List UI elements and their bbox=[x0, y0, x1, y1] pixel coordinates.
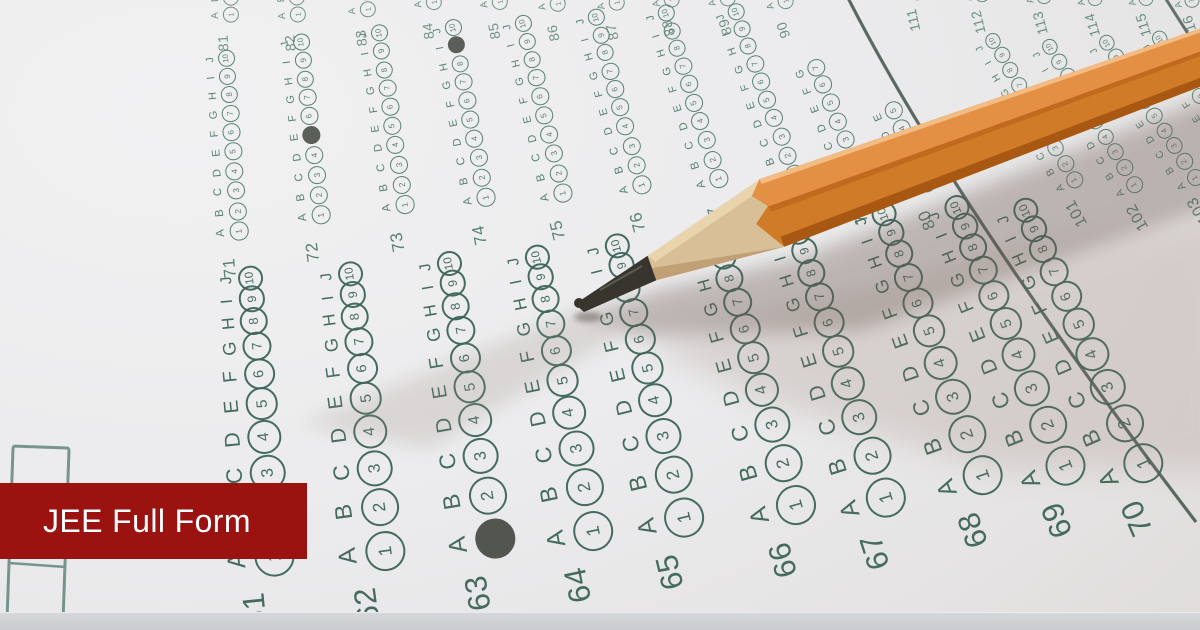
option-letter: H bbox=[421, 303, 440, 318]
option-letter: H bbox=[1010, 250, 1031, 268]
option-letter: F bbox=[706, 328, 728, 344]
option-letter: F bbox=[518, 349, 539, 364]
banner-label: JEE Full Form bbox=[43, 505, 251, 537]
option-letter: J bbox=[1032, 50, 1043, 59]
option-bubble-number: 7 bbox=[304, 95, 313, 100]
option-letter: B bbox=[1105, 171, 1117, 182]
option-letter: G bbox=[1018, 273, 1040, 293]
question-number: 83 bbox=[352, 29, 370, 47]
answer-option: C3 bbox=[213, 181, 246, 202]
option-bubble-number: 7 bbox=[249, 342, 263, 351]
option-bubble-number: 5 bbox=[639, 363, 656, 375]
option-bubble-filled: 9 bbox=[447, 35, 467, 55]
option-bubble: 2 bbox=[222, 0, 239, 6]
option-letter: I bbox=[984, 59, 994, 66]
option-bubble-filled: 5 bbox=[302, 126, 322, 146]
option-bubble-number: 10 bbox=[949, 199, 965, 215]
option-letter: J bbox=[975, 44, 986, 53]
question-number: 81 bbox=[214, 34, 231, 52]
answer-option: A1 bbox=[479, 0, 510, 14]
option-bubble-number: 1 bbox=[235, 229, 244, 235]
option-bubble: 4 bbox=[246, 418, 283, 455]
option-bubble-number: 5 bbox=[616, 104, 625, 111]
option-bubble: 1 bbox=[359, 0, 377, 18]
option-letter: B bbox=[535, 172, 548, 182]
option-bubble-number: 2 bbox=[1115, 415, 1135, 431]
option-bubble-number: 1 bbox=[856, 174, 866, 182]
option-letter: J bbox=[1194, 38, 1200, 47]
option-letter: I bbox=[435, 46, 446, 51]
option-bubble-number: 1 bbox=[876, 490, 897, 505]
option-bubble-number: 8 bbox=[225, 92, 233, 97]
option-bubble: 1 bbox=[394, 194, 415, 215]
option-letter: J bbox=[205, 56, 216, 62]
option-bubble: 2 bbox=[562, 465, 607, 510]
option-letter: A bbox=[1054, 182, 1067, 193]
answer-option: A1 bbox=[595, 0, 626, 16]
option-letter: C bbox=[531, 152, 544, 163]
option-letter: F bbox=[1126, 103, 1138, 113]
option-letter: H bbox=[1106, 74, 1118, 85]
option-bubble: 1 bbox=[311, 205, 332, 226]
option-letter: D bbox=[292, 153, 304, 162]
option-bubble-number: 6 bbox=[463, 97, 472, 103]
option-letter: H bbox=[592, 286, 612, 302]
option-bubble-number: 9 bbox=[446, 279, 459, 288]
option-bubble-number: 1 bbox=[364, 7, 372, 12]
option-letter: D bbox=[720, 388, 745, 409]
option-letter: E bbox=[889, 332, 913, 351]
option-bubble-number: 5 bbox=[1150, 112, 1159, 120]
option-letter: A bbox=[479, 1, 490, 9]
option-bubble-number: 2 bbox=[1180, 158, 1189, 166]
option-letter: G bbox=[795, 68, 808, 80]
option-letter: A bbox=[1077, 0, 1088, 6]
option-bubble-number: 8 bbox=[380, 67, 389, 73]
option-bubble: 10 bbox=[522, 242, 552, 272]
option-bubble-number: 3 bbox=[944, 389, 963, 403]
option-bubble-number: 4 bbox=[467, 414, 484, 425]
option-letter: C bbox=[727, 423, 753, 445]
option-letter: H bbox=[656, 48, 669, 59]
option-bubble-number: 2 bbox=[371, 502, 390, 514]
option-letter: I bbox=[772, 254, 789, 263]
option-letter: G bbox=[1000, 87, 1012, 99]
option-bubble-number: 10 bbox=[710, 229, 725, 245]
option-letter: A bbox=[596, 2, 607, 11]
option-letter: B bbox=[441, 492, 467, 511]
option-letter: C bbox=[455, 156, 468, 166]
option-bubble: 7 bbox=[298, 88, 318, 108]
option-letter: B bbox=[295, 193, 307, 202]
option-bubble-number: 3 bbox=[366, 462, 384, 473]
option-bubble-number: 3 bbox=[232, 188, 241, 193]
option-letter: D bbox=[1086, 139, 1099, 151]
option-bubble-number: 9 bbox=[300, 58, 308, 63]
option-letter: A bbox=[1115, 187, 1128, 198]
option-letter: B bbox=[896, 166, 909, 178]
option-letter: A bbox=[837, 497, 866, 520]
option-bubble: 6 bbox=[457, 90, 478, 111]
option-letter: A bbox=[934, 476, 963, 500]
option-letter: H bbox=[438, 62, 450, 72]
option-letter: B bbox=[333, 503, 358, 522]
option-bubble-number: 9 bbox=[1112, 53, 1120, 60]
option-bubble-number: 8 bbox=[601, 50, 610, 56]
answer-option: B2 bbox=[295, 185, 329, 207]
option-bubble-number: 5 bbox=[358, 394, 374, 404]
option-bubble: 10 bbox=[369, 24, 388, 43]
option-bubble: 7 bbox=[526, 67, 547, 88]
option-bubble: 1 bbox=[783, 163, 807, 187]
option-letter: I bbox=[219, 298, 236, 304]
option-bubble-number: 1 bbox=[674, 510, 694, 524]
option-bubble-number: 8 bbox=[1121, 68, 1129, 75]
option-bubble-number: 9 bbox=[452, 42, 461, 48]
option-bubble-number: 1 bbox=[668, 0, 676, 2]
option-bubble-number: 9 bbox=[615, 261, 628, 270]
option-bubble-number: 4 bbox=[230, 168, 239, 173]
option-letter: E bbox=[672, 103, 685, 113]
option-bubble: 1 bbox=[662, 0, 682, 9]
option-bubble-number: 9 bbox=[885, 227, 899, 237]
option-bubble-number: 8 bbox=[620, 283, 634, 293]
option-bubble-number: 7 bbox=[532, 75, 541, 81]
option-letter: D bbox=[678, 121, 691, 132]
option-letter: B bbox=[736, 462, 763, 484]
option-bubble-number: 1 bbox=[785, 498, 805, 513]
question-number: 101 bbox=[1062, 196, 1091, 229]
option-bubble: 3 bbox=[461, 435, 503, 477]
option-letter: A bbox=[1025, 0, 1036, 4]
scantron-photo: 61A1B2C3D4E5F6G7H8I9J1062A1B2C3D4E5F6G7H… bbox=[0, 0, 1200, 630]
option-bubble-number: 9 bbox=[798, 246, 812, 256]
question-number: 75 bbox=[546, 218, 570, 242]
option-bubble: 1 bbox=[363, 529, 408, 574]
option-bubble: 6 bbox=[242, 357, 276, 391]
option-letter: D bbox=[222, 431, 245, 448]
option-bubble-number: 7 bbox=[1185, 77, 1193, 85]
option-letter: H bbox=[865, 254, 885, 272]
option-bubble-number: 4 bbox=[561, 407, 578, 419]
option-bubble-number: 7 bbox=[226, 111, 234, 116]
option-letter: A bbox=[696, 179, 709, 190]
option-letter: E bbox=[872, 111, 885, 122]
option-bubble: 2 bbox=[943, 410, 992, 459]
answer-option: A1 bbox=[1024, 0, 1053, 8]
option-bubble-number: 3 bbox=[1023, 380, 1042, 395]
option-bubble-number: 8 bbox=[456, 60, 465, 66]
option-letter: A bbox=[1174, 0, 1185, 9]
option-bubble: 3 bbox=[389, 154, 410, 175]
option-letter: C bbox=[376, 163, 388, 173]
option-letter: F bbox=[790, 323, 812, 340]
option-bubble-number: 1 bbox=[431, 0, 439, 5]
option-bubble-number: 9 bbox=[523, 38, 532, 44]
option-letter: E bbox=[448, 118, 460, 127]
option-letter: D bbox=[373, 143, 385, 153]
option-letter: H bbox=[1049, 78, 1061, 89]
option-bubble: 6 bbox=[300, 107, 320, 127]
option-bubble-number: 7 bbox=[606, 68, 615, 74]
option-bubble: 10 bbox=[236, 264, 264, 292]
option-bubble-number: 6 bbox=[549, 345, 564, 356]
answer-option: A1 bbox=[297, 205, 332, 228]
question-number: 70 bbox=[1113, 495, 1160, 542]
option-letter: A bbox=[1095, 465, 1124, 490]
option-bubble: 6 bbox=[530, 86, 551, 107]
option-bubble-number: 9 bbox=[346, 290, 359, 298]
option-letter: G bbox=[322, 337, 342, 353]
option-letter: A bbox=[298, 213, 310, 222]
option-bubble: 8 bbox=[220, 85, 239, 104]
option-letter: J bbox=[767, 233, 784, 245]
option-letter: F bbox=[1181, 98, 1193, 109]
option-letter: E bbox=[809, 104, 822, 115]
answer-option: A1 bbox=[277, 6, 307, 25]
answer-option: A1 bbox=[962, 0, 991, 7]
option-bubble: 8 bbox=[595, 42, 616, 63]
option-bubble: 9 bbox=[218, 67, 237, 86]
paper-edge-strip bbox=[0, 612, 1200, 630]
option-letter: C bbox=[1155, 148, 1168, 160]
option-bubble-number: 6 bbox=[611, 86, 620, 93]
option-letter: D bbox=[752, 118, 765, 129]
question-number: 68 bbox=[950, 507, 996, 553]
option-letter: B bbox=[826, 455, 853, 477]
option-bubble-number: 6 bbox=[757, 78, 766, 85]
title-banner: JEE Full Form bbox=[0, 483, 307, 559]
option-letter: C bbox=[293, 172, 305, 182]
answer-option: A1 bbox=[1173, 0, 1200, 13]
option-bubble: 3 bbox=[306, 165, 326, 185]
option-bubble: 3 bbox=[226, 181, 246, 201]
option-bubble-number: 5 bbox=[554, 375, 570, 386]
option-bubble-number: 9 bbox=[246, 295, 259, 303]
option-bubble-number: 2 bbox=[783, 152, 792, 159]
question-number: 82 bbox=[281, 34, 298, 52]
option-bubble-number: 4 bbox=[1084, 347, 1102, 361]
option-bubble: 8 bbox=[375, 60, 395, 80]
answer-option: B2 bbox=[439, 474, 510, 522]
option-bubble-number: 1 bbox=[583, 524, 603, 538]
option-bubble-number: 4 bbox=[470, 135, 479, 141]
option-letter: J bbox=[645, 14, 657, 22]
option-letter: E bbox=[1191, 113, 1200, 124]
option-letter: H bbox=[321, 313, 340, 328]
question-number: 85 bbox=[485, 21, 504, 40]
option-bubble: 3 bbox=[750, 402, 794, 446]
option-bubble-number: 8 bbox=[539, 295, 553, 305]
option-bubble: 10 bbox=[217, 49, 235, 67]
option-bubble-number: 6 bbox=[1024, 97, 1032, 104]
option-letter: A bbox=[1017, 466, 1046, 491]
option-letter: A bbox=[838, 178, 852, 189]
question-number: 114 bbox=[1081, 11, 1103, 38]
option-bubble: 7 bbox=[453, 71, 474, 92]
option-letter: G bbox=[872, 277, 894, 296]
option-letter: G bbox=[1058, 93, 1070, 105]
option-bubble-number: 9 bbox=[377, 48, 386, 54]
option-letter: B bbox=[613, 165, 626, 175]
option-letter: C bbox=[988, 388, 1015, 411]
option-bubble-number: 5 bbox=[889, 107, 898, 114]
option-letter: H bbox=[362, 68, 374, 77]
option-bubble-number: 5 bbox=[745, 352, 762, 364]
option-bubble: 10 bbox=[443, 17, 463, 37]
option-bubble-number: 6 bbox=[306, 114, 315, 120]
question-number: 111 bbox=[903, 7, 924, 33]
option-bubble-number: 4 bbox=[1010, 347, 1028, 361]
option-bubble-number: 6 bbox=[684, 81, 693, 88]
option-bubble: 1 bbox=[1137, 0, 1156, 7]
option-bubble-number: 5 bbox=[1070, 317, 1087, 331]
option-bubble-number: 10 bbox=[1017, 202, 1033, 218]
option-letter: A bbox=[544, 527, 572, 548]
option-bubble: 10 bbox=[336, 260, 364, 288]
option-bubble-number: 3 bbox=[312, 172, 321, 178]
option-letter: E bbox=[522, 114, 534, 124]
option-letter: A bbox=[746, 504, 774, 527]
option-bubble-number: 3 bbox=[850, 411, 869, 425]
option-bubble-number: 10 bbox=[1045, 42, 1055, 52]
option-bubble: 2 bbox=[471, 167, 493, 189]
option-bubble: 4 bbox=[456, 400, 496, 440]
option-bubble-number: 1 bbox=[554, 1, 562, 7]
option-bubble-number: 2 bbox=[848, 155, 858, 162]
option-bubble-number: 5 bbox=[1092, 117, 1101, 124]
option-bubble-number: 2 bbox=[957, 426, 977, 441]
option-letter: A bbox=[348, 7, 359, 15]
option-bubble: 2 bbox=[391, 174, 412, 195]
option-letter: G bbox=[661, 65, 674, 76]
option-letter: J bbox=[1089, 46, 1100, 55]
option-letter: A bbox=[963, 0, 974, 3]
option-bubble-number: 5 bbox=[308, 133, 317, 139]
option-bubble-number: 1 bbox=[1189, 0, 1197, 3]
option-bubble-number: 8 bbox=[673, 45, 682, 52]
option-letter: G bbox=[700, 300, 721, 319]
option-bubble: 1 bbox=[1117, 437, 1170, 490]
option-bubble-number: 1 bbox=[1142, 0, 1150, 1]
option-bubble: 1 bbox=[1035, 0, 1053, 5]
option-bubble: 1 bbox=[570, 507, 617, 554]
option-bubble: 2 bbox=[760, 440, 807, 487]
option-letter: E bbox=[746, 100, 759, 111]
option-bubble-number: 7 bbox=[812, 64, 821, 71]
answer-option: B2 bbox=[331, 486, 401, 532]
option-bubble-number: 9 bbox=[534, 273, 547, 282]
option-bubble-number: 8 bbox=[247, 317, 260, 325]
option-bubble-number: 5 bbox=[540, 112, 549, 118]
option-bubble-number: 4 bbox=[621, 123, 630, 130]
option-letter: D bbox=[880, 129, 893, 141]
answer-option: A1 bbox=[542, 507, 618, 560]
option-letter: H bbox=[219, 317, 237, 331]
answer-option: A1 bbox=[443, 516, 518, 567]
option-bubble-number: 2 bbox=[914, 161, 924, 169]
option-letter: D bbox=[603, 126, 616, 137]
option-bubble: 2 bbox=[651, 452, 697, 498]
answer-option: B2 bbox=[214, 201, 248, 222]
option-letter: B bbox=[1045, 166, 1057, 177]
option-bubble: 4 bbox=[351, 413, 390, 452]
option-letter: A bbox=[211, 12, 221, 19]
option-bubble: 1 bbox=[549, 0, 568, 14]
option-bubble-number: 2 bbox=[632, 162, 641, 169]
option-bubble-number: 4 bbox=[839, 376, 857, 389]
option-letter: F bbox=[739, 82, 752, 92]
option-bubble-number: 8 bbox=[1036, 243, 1051, 255]
option-letter: C bbox=[1036, 149, 1049, 160]
option-bubble-number: 6 bbox=[820, 317, 836, 329]
option-bubble: 1 bbox=[1183, 0, 1200, 10]
option-letter: E bbox=[1018, 118, 1030, 129]
option-letter: H bbox=[510, 58, 522, 68]
option-bubble: 2 bbox=[309, 185, 330, 206]
option-bubble-number: 6 bbox=[1196, 91, 1200, 99]
option-letter: G bbox=[1171, 83, 1184, 95]
option-letter: H bbox=[1161, 69, 1173, 80]
option-letter: D bbox=[1026, 133, 1038, 144]
option-bubble: 9 bbox=[294, 51, 313, 70]
option-bubble-number: 6 bbox=[1058, 290, 1074, 303]
option-bubble: 3 bbox=[468, 147, 489, 168]
option-bubble: 1 bbox=[289, 6, 306, 23]
option-letter: C bbox=[1064, 388, 1091, 412]
option-letter: F bbox=[445, 99, 457, 108]
option-bubble-number: 10 bbox=[519, 19, 529, 29]
option-letter: A bbox=[414, 1, 425, 9]
option-letter: H bbox=[695, 277, 715, 294]
option-bubble-number: 3 bbox=[763, 418, 781, 431]
option-bubble-number: 4 bbox=[753, 383, 771, 396]
option-letter: A bbox=[765, 1, 776, 10]
option-bubble-number: 6 bbox=[355, 364, 370, 374]
option-bubble: 5 bbox=[244, 386, 280, 422]
option-bubble-number: 6 bbox=[251, 369, 266, 378]
option-letter: G bbox=[514, 76, 526, 87]
option-letter: E bbox=[429, 384, 451, 401]
option-letter: B bbox=[765, 156, 778, 167]
option-bubble: 6 bbox=[222, 123, 241, 142]
option-bubble-number: 2 bbox=[774, 456, 793, 470]
option-letter: J bbox=[585, 246, 602, 257]
option-bubble-number: 3 bbox=[1051, 144, 1060, 151]
option-bubble: 1 bbox=[957, 450, 1008, 501]
option-letter: A bbox=[652, 0, 663, 7]
option-bubble: 4 bbox=[538, 123, 560, 145]
option-letter: C bbox=[815, 416, 841, 438]
option-letter: C bbox=[888, 147, 902, 159]
option-bubble-number: 1 bbox=[1070, 176, 1079, 184]
answer-option: A1 bbox=[413, 0, 443, 13]
option-bubble-number: 7 bbox=[976, 264, 991, 276]
option-bubble: 4 bbox=[386, 135, 407, 156]
option-bubble-number: 1 bbox=[376, 545, 396, 558]
option-letter: A bbox=[539, 192, 552, 202]
answer-option: A1 bbox=[215, 221, 249, 243]
option-bubble: 9 bbox=[517, 31, 538, 52]
option-bubble-number: 3 bbox=[568, 442, 586, 454]
option-bubble-number: 1 bbox=[714, 176, 724, 183]
option-bubble-number: 7 bbox=[1131, 82, 1139, 89]
answer-option: A1 bbox=[211, 6, 240, 24]
option-letter: F bbox=[210, 130, 222, 138]
option-letter: B bbox=[379, 183, 392, 192]
option-bubble-number: 2 bbox=[554, 170, 563, 177]
option-bubble: 4 bbox=[304, 145, 324, 165]
